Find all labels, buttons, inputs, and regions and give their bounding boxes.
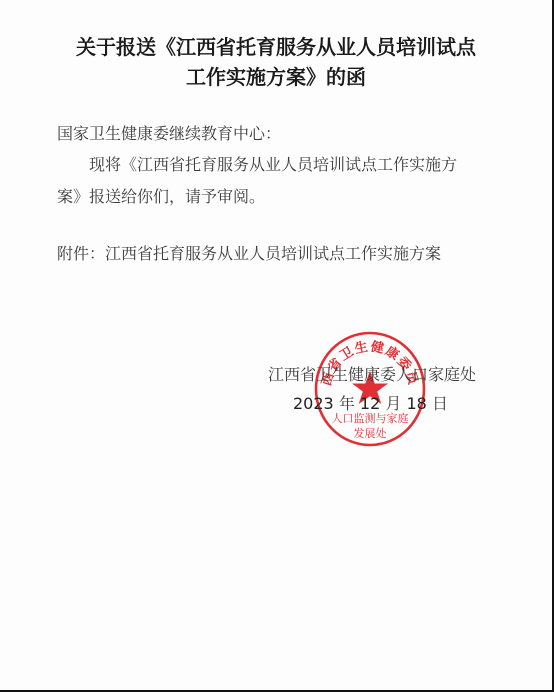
date-year-unit: 年 [339,394,355,413]
date-day-unit: 日 [432,394,448,413]
salutation: 国家卫生健康委继续教育中心： [57,124,281,144]
date-day: 18 [406,394,426,413]
document-title-line-1: 关于报送《江西省托育服务从业人员培训试点 [0,32,552,62]
seal-inner-line-2: 发展处 [354,426,387,440]
signature-organization: 江西省卫生健康委人口家庭处 [268,365,476,385]
body-paragraph-line-2: 案》报送给你们，请予审阅。 [57,187,265,207]
attachment-line: 附件：江西省托育服务从业人员培训试点工作实施方案 [57,244,441,264]
official-seal: 江西省卫生健康委员会 人口监测与家庭 发展处 [314,331,426,447]
signature-date: 2023 年 12 月 18 日 [293,394,448,414]
date-year: 2023 [293,394,334,413]
date-month-unit: 月 [385,394,401,413]
document-page: 关于报送《江西省托育服务从业人员培训试点 工作实施方案》的函 国家卫生健康委继续… [0,0,554,692]
body-paragraph-line-1: 现将《江西省托育服务从业人员培训试点工作实施方 [89,155,457,175]
document-title-line-2: 工作实施方案》的函 [0,62,552,92]
date-month: 12 [360,394,380,413]
